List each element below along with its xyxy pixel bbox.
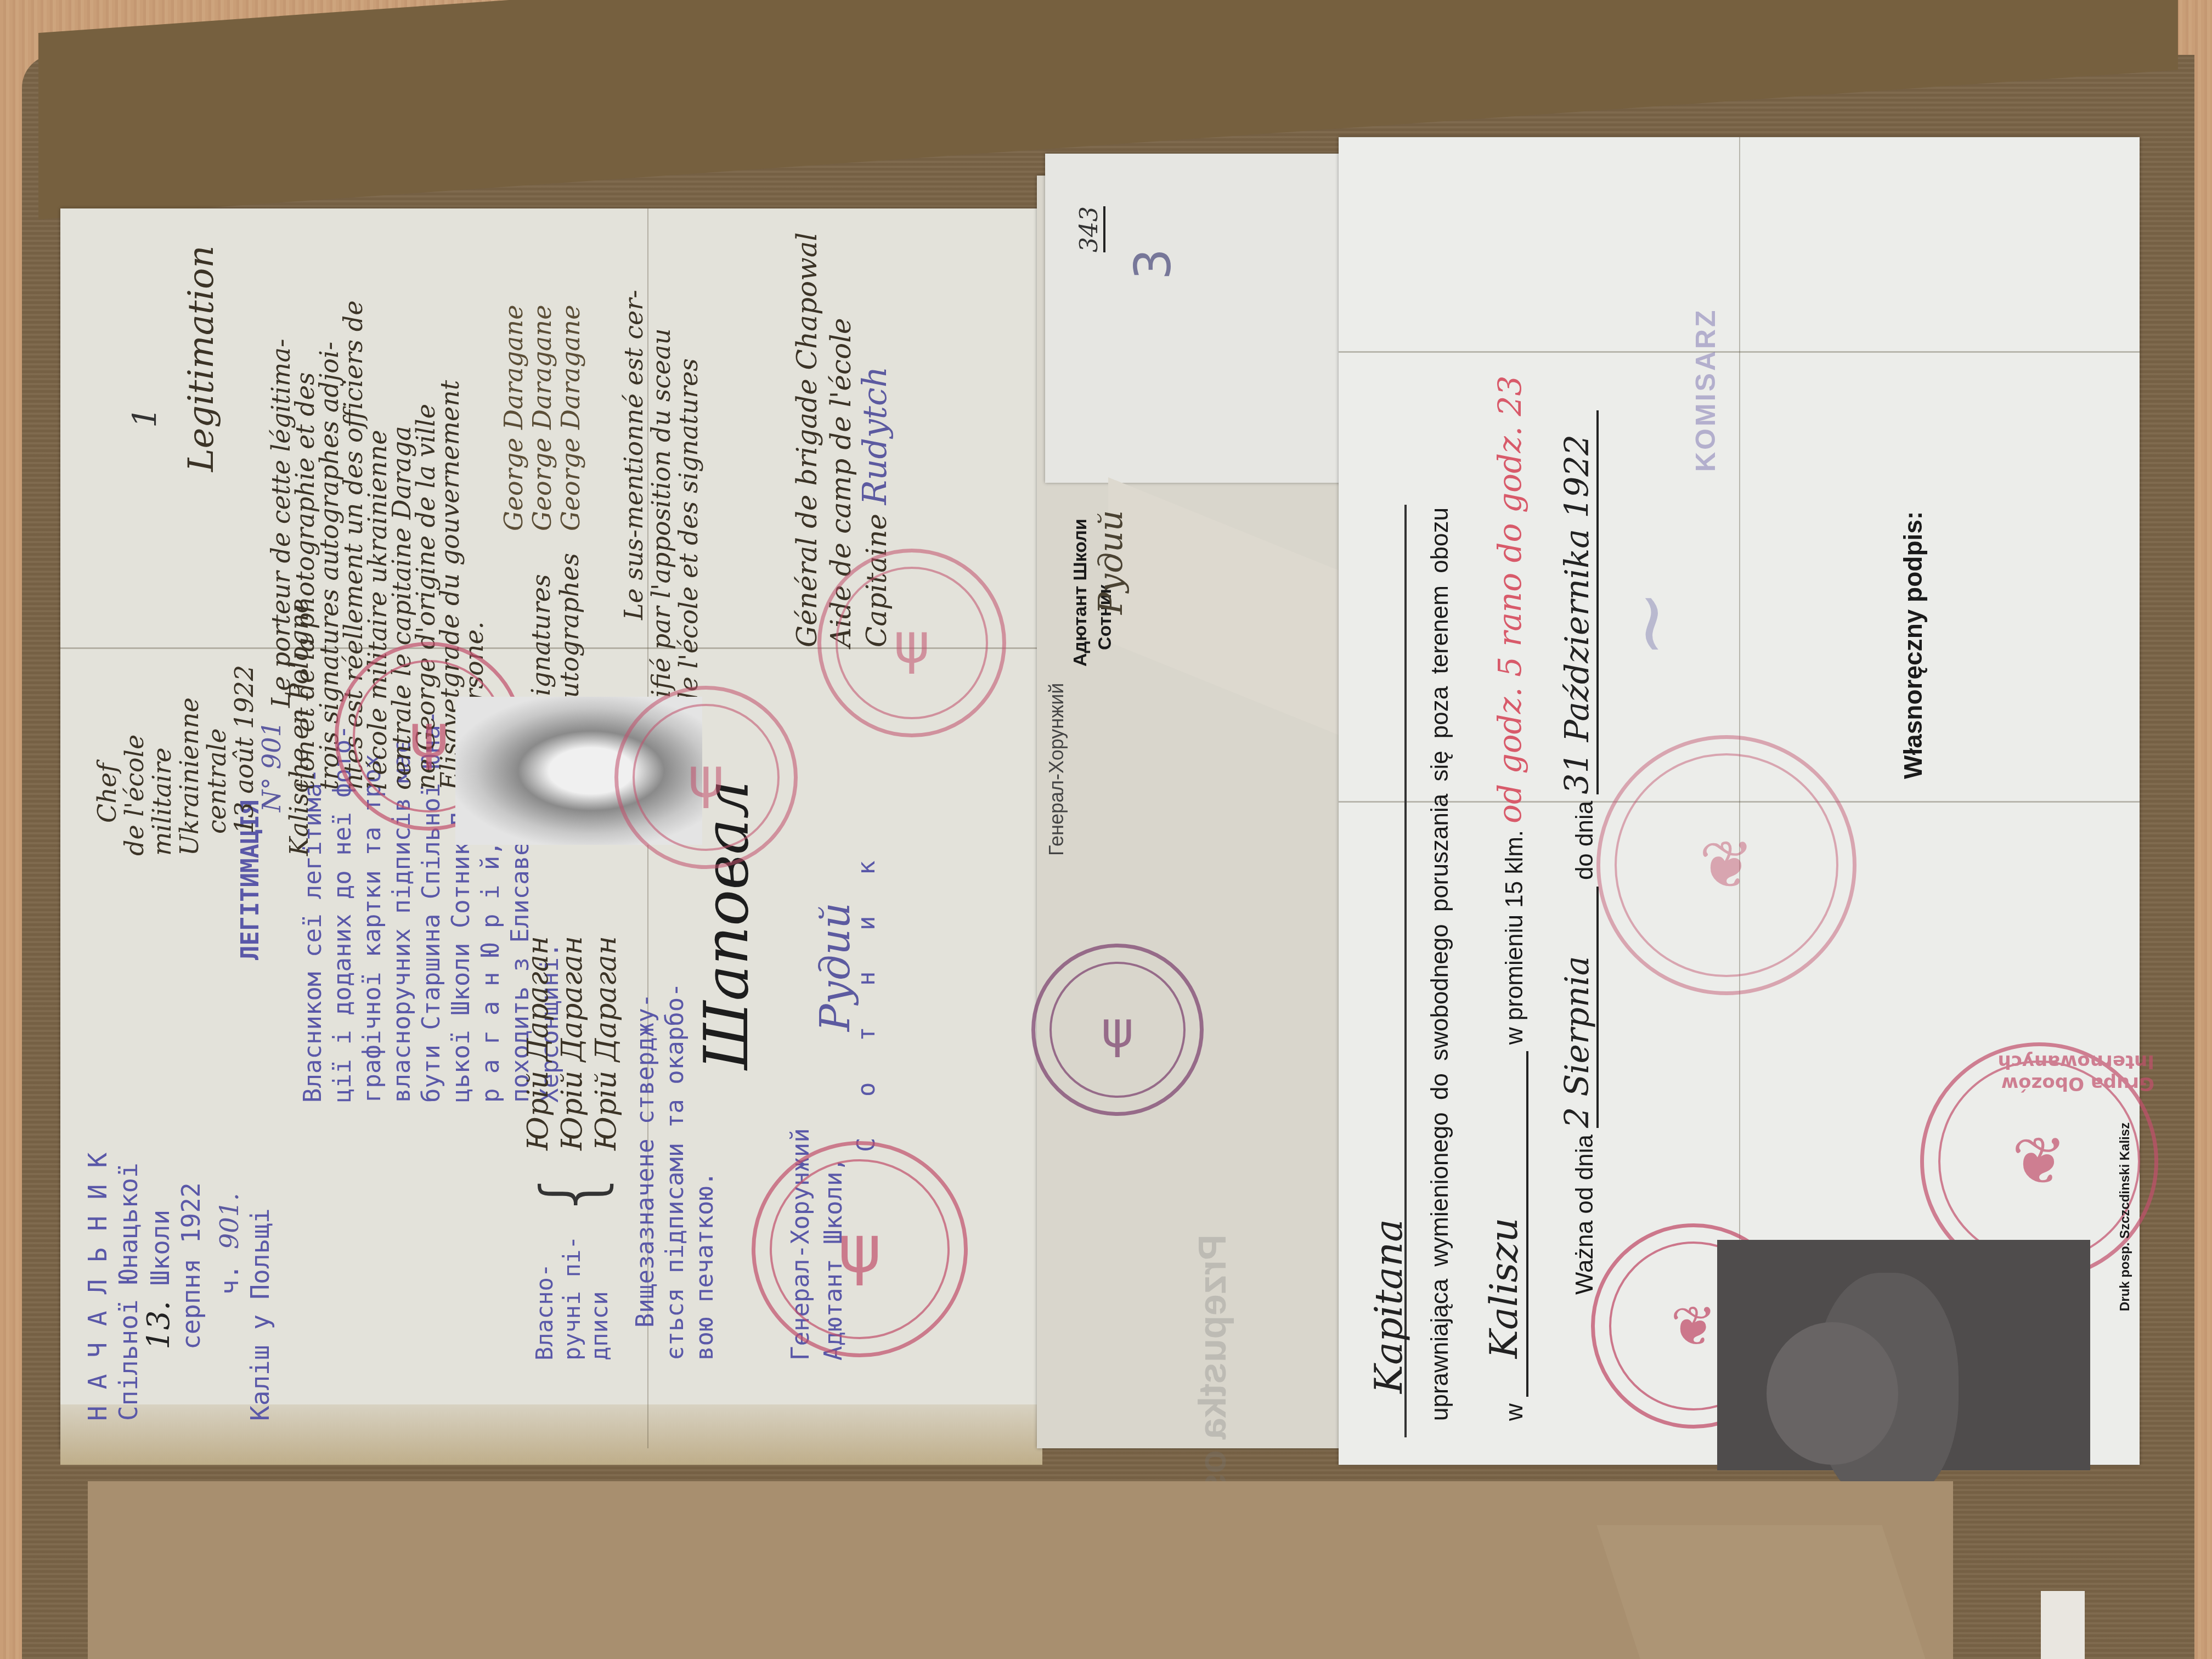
town-value: Kaliszu: [1481, 1051, 1528, 1397]
autograph: George Daragane: [556, 305, 585, 531]
slip-general-fragment: Генерал-Хорунжий: [1045, 683, 1068, 856]
brace: {: [524, 1167, 620, 1219]
w-label: w: [1501, 1403, 1528, 1421]
autograph: Юрій Дараган: [521, 936, 555, 1150]
fr-date: 13 août 1922: [230, 599, 258, 856]
school-stamp: ψ: [817, 549, 1006, 737]
fr-body-line: Le porteur de cette légitima-: [269, 300, 293, 790]
photo-figure-face: [1767, 1322, 1898, 1465]
commissioner-signature: ~: [1602, 589, 1697, 658]
stamp-ring: [633, 704, 780, 851]
confirm-line: ється підписами та окарбо-: [661, 983, 690, 1361]
stamp-text: Grupa Obozów Internowanych: [1924, 1051, 2154, 1094]
ukr-header-line: Школи: [145, 1210, 175, 1285]
ukr-ref-number: 901.: [215, 1193, 244, 1249]
ukr-ref: ч. 901.: [214, 1136, 245, 1421]
valid-from-label: Ważna od dnia: [1571, 1135, 1599, 1295]
autograph: Юрій Дараган: [555, 936, 589, 1150]
fr-general-title: Général de brigade Chapowal: [790, 232, 824, 647]
fr-autographs: George Daragane George Daragane George D…: [499, 305, 585, 531]
ukr-date: серпня 1922: [176, 1136, 206, 1421]
stamp-ring: [770, 1159, 950, 1339]
fr-header-line: de l'école: [121, 599, 148, 856]
fr-certify-line: tifié par l'apposition du sceau: [647, 290, 675, 708]
hours-value: od godz. 5 rano do godz. 23: [1491, 376, 1528, 823]
page-number: 1: [126, 407, 165, 428]
autograph: Юрій Дараган: [589, 936, 623, 1150]
fr-captain-signature: Rudytch: [856, 366, 894, 505]
middle-slip-top: [1045, 154, 1352, 483]
fr-certify-line: de l'école et des signatures: [675, 290, 702, 708]
ukr-signature-label: Власно- ручні пі- дписи: [531, 1235, 613, 1361]
rank-line: Kapitana: [1366, 505, 1407, 1437]
folder-bottom-flap-piece: [1596, 1525, 1925, 1659]
signature-label: Własnoręczny podpis:: [1898, 511, 1928, 779]
label-line: Власно-: [531, 1235, 558, 1361]
stamp-ring: [1049, 962, 1186, 1098]
entitles-line: uprawniająca wymienionego do swobodnego …: [1426, 507, 1454, 1421]
ukr-header: НАЧАЛЬНИК Спільної Юнацької 13. Школи се…: [82, 1136, 275, 1421]
school-stamp: ψ: [752, 1141, 968, 1357]
fr-certify-line: Le sus-mentionné est cer-: [620, 290, 647, 708]
fr-body-line: tion et de la photographie et des: [293, 300, 317, 790]
location-line: w Kaliszu w promieniu 15 klm. od godz. 5…: [1481, 376, 1528, 1421]
fr-header-line: Chef: [93, 599, 121, 856]
ukr-signatures: Власно- ручні пі- дписи { Юрій Дараган Ю…: [521, 936, 623, 1361]
valid-from-value: 2 Sierpnia: [1558, 887, 1599, 1128]
ukr-header-line: 13. Школи: [144, 1136, 176, 1421]
slip-number-value: 343: [1075, 206, 1105, 252]
folder-white-tab: [2041, 1591, 2085, 1659]
label-line: autographes: [555, 553, 584, 713]
fr-header-line: militaire: [148, 599, 176, 856]
school-stamp: ψ: [614, 686, 798, 869]
slip-page-number: 3: [1125, 249, 1182, 280]
valid-to-value: 31 Października 1922: [1558, 410, 1599, 794]
stamp-ring: [836, 567, 988, 719]
slip-signature: Рудий: [1092, 510, 1130, 615]
label-line: дписи: [586, 1235, 613, 1361]
validity-line: Ważna od dnia 2 Sierpnia do dnia 31 Paźd…: [1558, 410, 1599, 1295]
radius-text: w promieniu 15 klm.: [1501, 830, 1528, 1045]
ukr-ref-prefix: ч.: [215, 1265, 244, 1295]
ukr-header-line: НАЧАЛЬНИК: [82, 1136, 113, 1421]
eagle-stamp: ❦: [1596, 735, 1857, 995]
fr-certify: Le sus-mentionné est cer- tifié par l'ap…: [620, 290, 702, 708]
printer-imprint: Druk posp. Szczcdinski Kalisz: [2118, 1122, 2133, 1311]
fr-signatures: Signatures autographes George Daragane G…: [527, 305, 585, 713]
fr-header-line: centrale: [203, 599, 230, 856]
label-line: ручні пі-: [558, 1235, 586, 1361]
pass-photo: [1717, 1240, 2090, 1470]
ukr-place: Каліш у Польщі: [245, 1136, 275, 1421]
ukr-autographs: Юрій Дараган Юрій Дараган Юрій Дараган: [521, 936, 623, 1150]
school-stamp-violet: ψ: [1031, 944, 1204, 1116]
rank-value: Kapitana: [1366, 1219, 1411, 1437]
slip-number: 343: [1075, 206, 1105, 252]
fr-title: Legitimation: [181, 245, 222, 472]
autograph: George Daragane: [528, 305, 556, 531]
stamp-ring: [1615, 753, 1838, 977]
ukr-header-line: Спільної Юнацької: [113, 1136, 144, 1421]
valid-to-label: do dnia: [1571, 801, 1599, 880]
commissioner-stamp: KOMISARZ: [1690, 308, 1722, 472]
fr-signatures-label: Signatures autographes: [527, 553, 585, 713]
ukr-date-number: 13.: [141, 1301, 177, 1350]
fold-line: [1339, 351, 2140, 353]
fr-header-line: Ukrainienne: [176, 599, 203, 856]
adjutant-signature: Рудий: [812, 902, 859, 1031]
label-line: Signatures: [527, 553, 555, 713]
slip-adjutant-title: Адютант Школи: [1070, 518, 1091, 667]
autograph: George Daragane: [499, 305, 528, 531]
confirm-line: Вищезазначене стверджу-: [631, 983, 661, 1361]
